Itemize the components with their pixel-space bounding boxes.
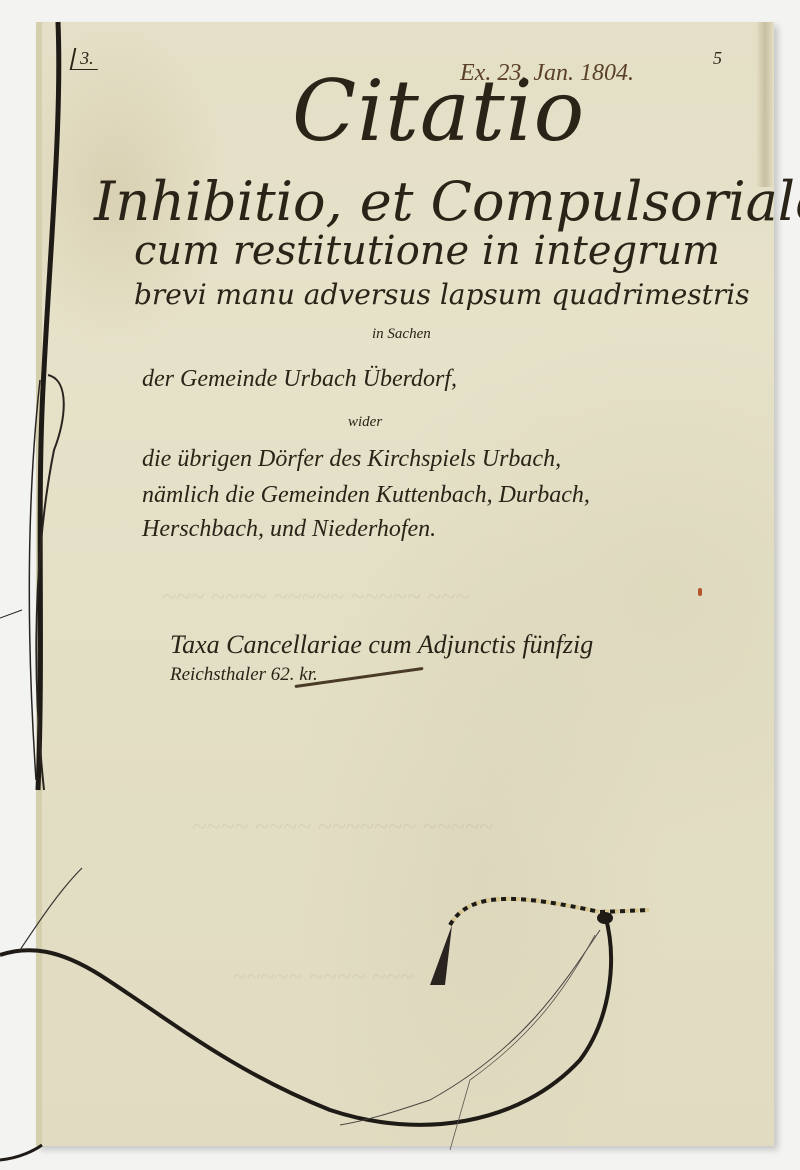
scan-stage: ~~~ ~~~~ ~~~~~ ~~~~~ ~~~ ~~~~ ~~~~ ~~~~~… <box>0 0 800 1170</box>
defendants-line-1: die übrigen Dörfer des Kirchspiels Urbac… <box>142 446 561 473</box>
bleed-through-text: ~~~ ~~~~ ~~~~~ ~~~~~ ~~~ <box>162 582 469 612</box>
title-brevi-manu: brevi manu adversus lapsum quadrimestris <box>134 278 750 311</box>
page-fold <box>756 22 774 187</box>
in-sachen-label: in Sachen <box>372 326 431 343</box>
fee-note-line-1: Taxa Cancellariae cum Adjunctis fünfzig <box>170 630 593 660</box>
wider-label: wider <box>348 414 382 431</box>
title-restitutione: cum restitutione in integrum <box>134 228 720 274</box>
fee-note-line-2: Reichsthaler 62. kr. <box>170 664 318 686</box>
title-inhibitio: Inhibitio, et Compulsoriales <box>94 170 800 233</box>
folio-mark: 3. <box>70 48 102 70</box>
manuscript-page: ~~~ ~~~~ ~~~~~ ~~~~~ ~~~ ~~~~ ~~~~ ~~~~~… <box>36 22 774 1146</box>
defendants-line-3: Herschbach, und Niederhofen. <box>142 516 436 543</box>
wax-spot <box>698 588 702 596</box>
bleed-through-text: ~~~~~ ~~~~ ~~~ <box>232 962 414 992</box>
bleed-through-text: ~~~~ ~~~~ ~~~~~~~ ~~~~~ <box>192 812 493 842</box>
title-citatio: Citatio <box>292 62 585 160</box>
plaintiff-line: der Gemeinde Urbach Überdorf, <box>142 366 457 393</box>
defendants-line-2: nämlich die Gemeinden Kuttenbach, Durbac… <box>142 482 590 509</box>
page-number: 5 <box>713 48 722 69</box>
